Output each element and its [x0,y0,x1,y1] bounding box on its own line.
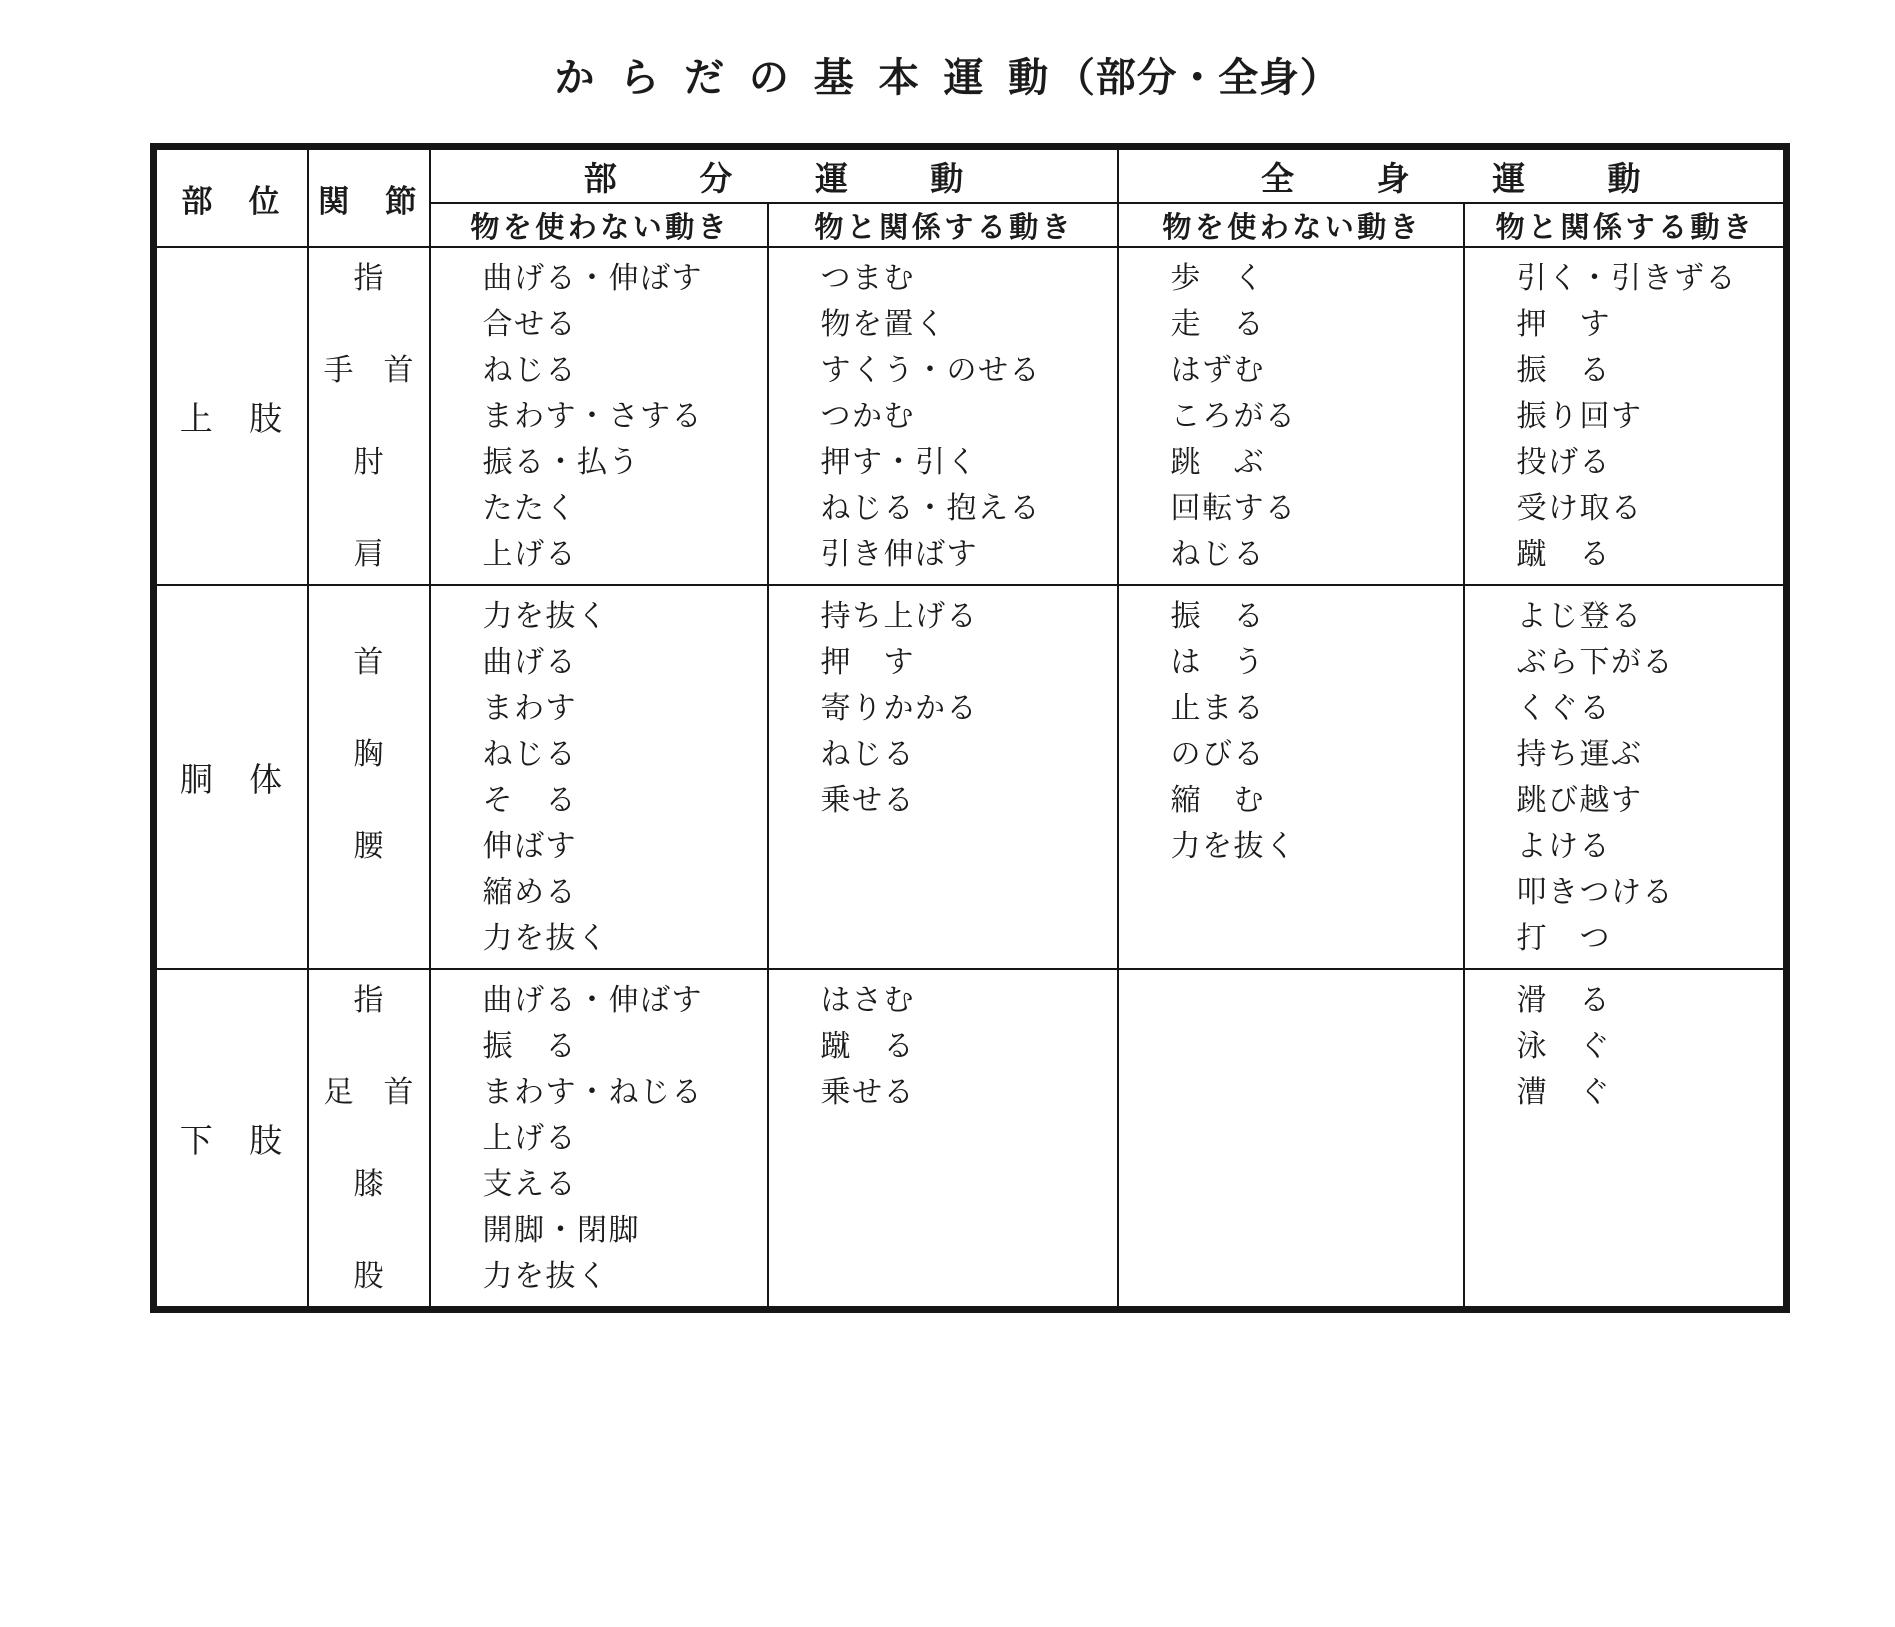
movement-item: 縮 む [1119,778,1463,824]
joint-label [309,486,429,532]
body-row-2: 下 肢指足 首膝股曲げる・伸ばす振 るまわす・ねじる上げる支える開脚・閉脚力を抜… [154,969,1787,1310]
whole-no-object-cell: 振 るは う止まるのびる縮 む力を抜く [1118,585,1464,969]
movement-item: 止まる [1119,686,1463,732]
movement-item: ねじる [431,732,767,778]
partial-no-object-cell: 曲げる・伸ばす合せるねじるまわす・さする振る・払うたたく上げる [430,247,768,585]
page-title-main: からだの基本運動 [554,56,1072,100]
joint-label: 膝 [309,1162,429,1208]
scanned-document-page: からだの基本運動（部分・全身） 部 位 関 節 部分運動 全身運動 物を使わない… [0,0,1895,1627]
partial-with-object-cell: はさむ蹴 る乗せる [768,969,1118,1310]
movement-item: 寄りかかる [769,686,1117,732]
joint-label [309,394,429,440]
movement-item: 合せる [431,302,767,348]
movement-item: 投げる [1465,440,1784,486]
header-whole-movement: 全身運動 [1118,147,1787,204]
joint-cell: 首胸腰 [308,585,430,969]
movement-item: 蹴 る [769,1024,1117,1070]
movement-item: 縮める [431,870,767,916]
movement-item: ねじる・抱える [769,486,1117,532]
movement-item: ころがる [1119,394,1463,440]
movement-item: 力を抜く [431,594,767,640]
movement-item: 物を置く [769,302,1117,348]
movement-item: のびる [1119,732,1463,778]
header-whole-with-object: 物と関係する動き [1464,203,1787,247]
joint-label: 肘 [309,440,429,486]
joint-label: 指 [309,256,429,302]
header-joint: 関 節 [308,147,430,248]
joint-label: 胸 [309,732,429,778]
movement-item: 歩 く [1119,256,1463,302]
movement-item: 蹴 る [1465,532,1784,578]
movement-item: すくう・のせる [769,348,1117,394]
partial-with-object-cell: 持ち上げる押 す寄りかかるねじる乗せる [768,585,1118,969]
joint-label [309,1024,429,1070]
part-label: 上 肢 [154,247,308,585]
movement-item: 支える [431,1162,767,1208]
movement-item: 滑 る [1465,978,1784,1024]
header-partial-with-object: 物と関係する動き [768,203,1118,247]
movement-item: 引き伸ばす [769,532,1117,578]
header-part: 部 位 [154,147,308,248]
movement-item: 回転する [1119,486,1463,532]
body-row-1: 胴 体首胸腰力を抜く曲げるまわすねじるそ る伸ばす縮める力を抜く持ち上げる押 す… [154,585,1787,969]
movement-item: たたく [431,486,767,532]
whole-with-object-cell: よじ登るぶら下がるくぐる持ち運ぶ跳び越すよける叩きつける打 つ [1464,585,1787,969]
movement-item: 持ち上げる [769,594,1117,640]
whole-no-object-cell [1118,969,1464,1310]
joint-label [309,686,429,732]
movement-item: 振 る [431,1024,767,1070]
movement-item: 持ち運ぶ [1465,732,1784,778]
movement-item: 振 る [1119,594,1463,640]
joint-cell: 指手 首肘肩 [308,247,430,585]
movement-item: 押す・引く [769,440,1117,486]
joint-label [309,778,429,824]
movement-item: 打 つ [1465,916,1784,962]
page-title: からだの基本運動（部分・全身） [0,46,1895,103]
movement-item: 上げる [431,532,767,578]
movement-item: 力を抜く [1119,824,1463,870]
movement-item: 漕 ぐ [1465,1070,1784,1116]
movement-item: 跳び越す [1465,778,1784,824]
body-row-0: 上 肢指手 首肘肩曲げる・伸ばす合せるねじるまわす・さする振る・払うたたく上げる… [154,247,1787,585]
movement-item: 走 る [1119,302,1463,348]
joint-label: 腰 [309,824,429,870]
basic-movements-table: 部 位 関 節 部分運動 全身運動 物を使わない動き 物と関係する動き 物を使わ… [150,143,1790,1313]
movement-item: ぶら下がる [1465,640,1784,686]
header-partial-no-object: 物を使わない動き [430,203,768,247]
whole-with-object-cell: 引く・引きずる押 す振 る振り回す投げる受け取る蹴 る [1464,247,1787,585]
part-label: 胴 体 [154,585,308,969]
movement-item: ねじる [1119,532,1463,578]
movement-item: つまむ [769,256,1117,302]
partial-no-object-cell: 曲げる・伸ばす振 るまわす・ねじる上げる支える開脚・閉脚力を抜く [430,969,768,1310]
movement-item: 押 す [1465,302,1784,348]
joint-cell: 指足 首膝股 [308,969,430,1310]
joint-label: 首 [309,640,429,686]
movement-item: ねじる [431,348,767,394]
movement-item: 引く・引きずる [1465,256,1784,302]
header-row-groups: 部 位 関 節 部分運動 全身運動 [154,147,1787,204]
movement-item: 開脚・閉脚 [431,1208,767,1254]
part-label: 下 肢 [154,969,308,1310]
joint-label [309,870,429,916]
movement-item: 上げる [431,1116,767,1162]
movement-item: 振 る [1465,348,1784,394]
movement-item: 泳 ぐ [1465,1024,1784,1070]
movement-item: 叩きつける [1465,870,1784,916]
movement-item: つかむ [769,394,1117,440]
movement-item: 力を抜く [431,1254,767,1300]
movement-item: 振る・払う [431,440,767,486]
movement-item: 振り回す [1465,394,1784,440]
joint-label [309,594,429,640]
movement-item: そ る [431,778,767,824]
joint-label [309,302,429,348]
movement-item: は う [1119,640,1463,686]
movement-item: 押 す [769,640,1117,686]
partial-with-object-cell: つまむ物を置くすくう・のせるつかむ押す・引くねじる・抱える引き伸ばす [768,247,1118,585]
movement-item: 曲げる・伸ばす [431,256,767,302]
joint-label: 足 首 [309,1070,429,1116]
movement-item: 乗せる [769,1070,1117,1116]
movement-item: まわす・さする [431,394,767,440]
movement-item: 曲げる・伸ばす [431,978,767,1024]
movement-item: よける [1465,824,1784,870]
joint-label [309,916,429,962]
movement-item: はずむ [1119,348,1463,394]
joint-label: 股 [309,1254,429,1300]
movement-item: 乗せる [769,778,1117,824]
movement-item: くぐる [1465,686,1784,732]
movement-item: はさむ [769,978,1117,1024]
joint-label: 肩 [309,532,429,578]
partial-no-object-cell: 力を抜く曲げるまわすねじるそ る伸ばす縮める力を抜く [430,585,768,969]
movement-item: よじ登る [1465,594,1784,640]
movement-item: ねじる [769,732,1117,778]
movement-item: 曲げる [431,640,767,686]
movement-item: 受け取る [1465,486,1784,532]
whole-with-object-cell: 滑 る泳 ぐ漕 ぐ [1464,969,1787,1310]
movement-item: 跳 ぶ [1119,440,1463,486]
joint-label: 手 首 [309,348,429,394]
movement-item: まわす [431,686,767,732]
joint-label [309,1208,429,1254]
movement-item: まわす・ねじる [431,1070,767,1116]
joint-label [309,1116,429,1162]
whole-no-object-cell: 歩 く走 るはずむころがる跳 ぶ回転するねじる [1118,247,1464,585]
header-partial-movement: 部分運動 [430,147,1118,204]
page-title-suffix: （部分・全身） [1055,56,1341,100]
table-header: 部 位 関 節 部分運動 全身運動 物を使わない動き 物と関係する動き 物を使わ… [154,147,1787,248]
movement-item: 力を抜く [431,916,767,962]
movement-item: 伸ばす [431,824,767,870]
table-body: 上 肢指手 首肘肩曲げる・伸ばす合せるねじるまわす・さする振る・払うたたく上げる… [154,247,1787,1310]
header-whole-no-object: 物を使わない動き [1118,203,1464,247]
joint-label: 指 [309,978,429,1024]
